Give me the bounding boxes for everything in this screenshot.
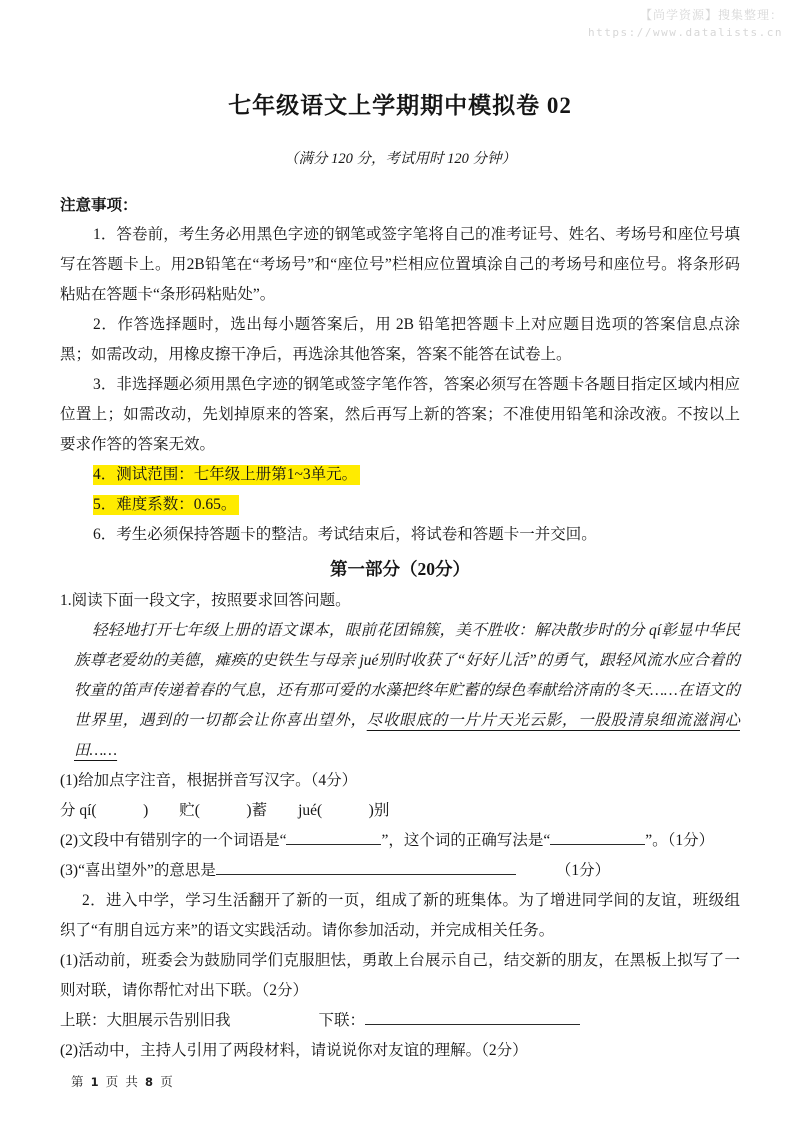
- sub2-text-2: ”，这个词的正确写法是“: [381, 832, 550, 849]
- answer-blank-line: [365, 1009, 580, 1025]
- footer-total-pages: 8: [145, 1075, 155, 1089]
- page-footer: 第 1 页 共 8 页: [71, 1072, 175, 1090]
- footer-page-number: 1: [91, 1075, 101, 1089]
- footer-text-1: 第: [71, 1075, 91, 1089]
- watermark-url: https://www.datalists.cn: [588, 26, 783, 40]
- sub2-text-3: ”。（1分）: [645, 832, 714, 849]
- question-1-sub-3: (3)“喜出望外”的意思是（1分）: [60, 856, 740, 886]
- notice-item-4-highlighted-text: 4．测试范围：七年级上册第1~3单元。: [93, 465, 360, 485]
- exam-subtitle: （满分 120 分，考试用时 120 分钟）: [60, 148, 740, 170]
- couplet-second-label: 下联：: [319, 1012, 366, 1029]
- question-2-couplet-row: 上联：大胆展示告别旧我下联：: [60, 1006, 740, 1036]
- footer-text-3: 页: [155, 1075, 175, 1089]
- page-content: 七年级语文上学期期中模拟卷 02 （满分 120 分，考试用时 120 分钟） …: [0, 0, 793, 1066]
- sub2-text-1: (2)文段中有错别字的一个词语是“: [60, 832, 286, 849]
- question-1-pinyin-row: 分 qí( ) 贮( )蓄 jué( )别: [60, 796, 740, 826]
- notice-item-5: 5．难度系数：0.65。: [60, 490, 740, 520]
- question-1-sub-1: (1)给加点字注音，根据拼音写汉字。（4分）: [60, 766, 740, 796]
- notice-heading: 注意事项：: [60, 194, 740, 218]
- couplet-first-line: 上联：大胆展示告别旧我: [60, 1012, 231, 1029]
- question-2-stem: 2．进入中学，学习生活翻开了新的一页，组成了新的班集体。为了增进同学间的友谊，班…: [60, 886, 740, 946]
- exam-title: 七年级语文上学期期中模拟卷 02: [60, 90, 740, 122]
- question-1-passage: 轻轻地打开七年级上册的语文课本，眼前花团锦簇，美不胜收：解决散步时的分 qí彰显…: [74, 616, 740, 766]
- question-1-sub-2: (2)文段中有错别字的一个词语是“”，这个词的正确写法是“”。（1分）: [60, 826, 740, 856]
- notice-item-1: 1．答卷前，考生务必用黑色字迹的钢笔或签字笔将自己的准考证号、姓名、考场号和座位…: [60, 220, 740, 310]
- question-2-sub-1: (1)活动前，班委会为鼓励同学们克服胆怯，勇敢上台展示自己，结交新的朋友，在黑板…: [60, 946, 740, 1006]
- sub3-score: （1分）: [556, 862, 610, 879]
- answer-blank-line: [286, 829, 381, 845]
- exam-page: 【尚学资源】搜集整理： https://www.datalists.cn 七年级…: [0, 0, 793, 1122]
- sub3-text-1: (3)“喜出望外”的意思是: [60, 862, 216, 879]
- footer-text-2: 页 共: [101, 1075, 145, 1089]
- notice-item-4: 4．测试范围：七年级上册第1~3单元。: [60, 460, 740, 490]
- watermark-source-label: 【尚学资源】搜集整理：: [588, 8, 783, 24]
- notice-item-3: 3．非选择题必须用黑色字迹的钢笔或签字笔作答，答案必须写在答题卡各题目指定区域内…: [60, 370, 740, 460]
- notice-item-2: 2．作答选择题时，选出每小题答案后，用 2B 铅笔把答题卡上对应题目选项的答案信…: [60, 310, 740, 370]
- notice-item-6: 6．考生必须保持答题卡的整洁。考试结束后，将试卷和答题卡一并交回。: [60, 520, 740, 550]
- notice-item-5-highlighted-text: 5．难度系数：0.65。: [93, 495, 239, 515]
- watermark: 【尚学资源】搜集整理： https://www.datalists.cn: [588, 8, 783, 40]
- question-2-sub-2: (2)活动中，主持人引用了两段材料，请说说你对友谊的理解。（2分）: [60, 1036, 740, 1066]
- question-1-stem: 1.阅读下面一段文字，按照要求回答问题。: [60, 586, 740, 616]
- answer-blank-line: [550, 829, 645, 845]
- section-1-heading: 第一部分（20分）: [60, 554, 740, 584]
- answer-blank-line: [216, 859, 516, 875]
